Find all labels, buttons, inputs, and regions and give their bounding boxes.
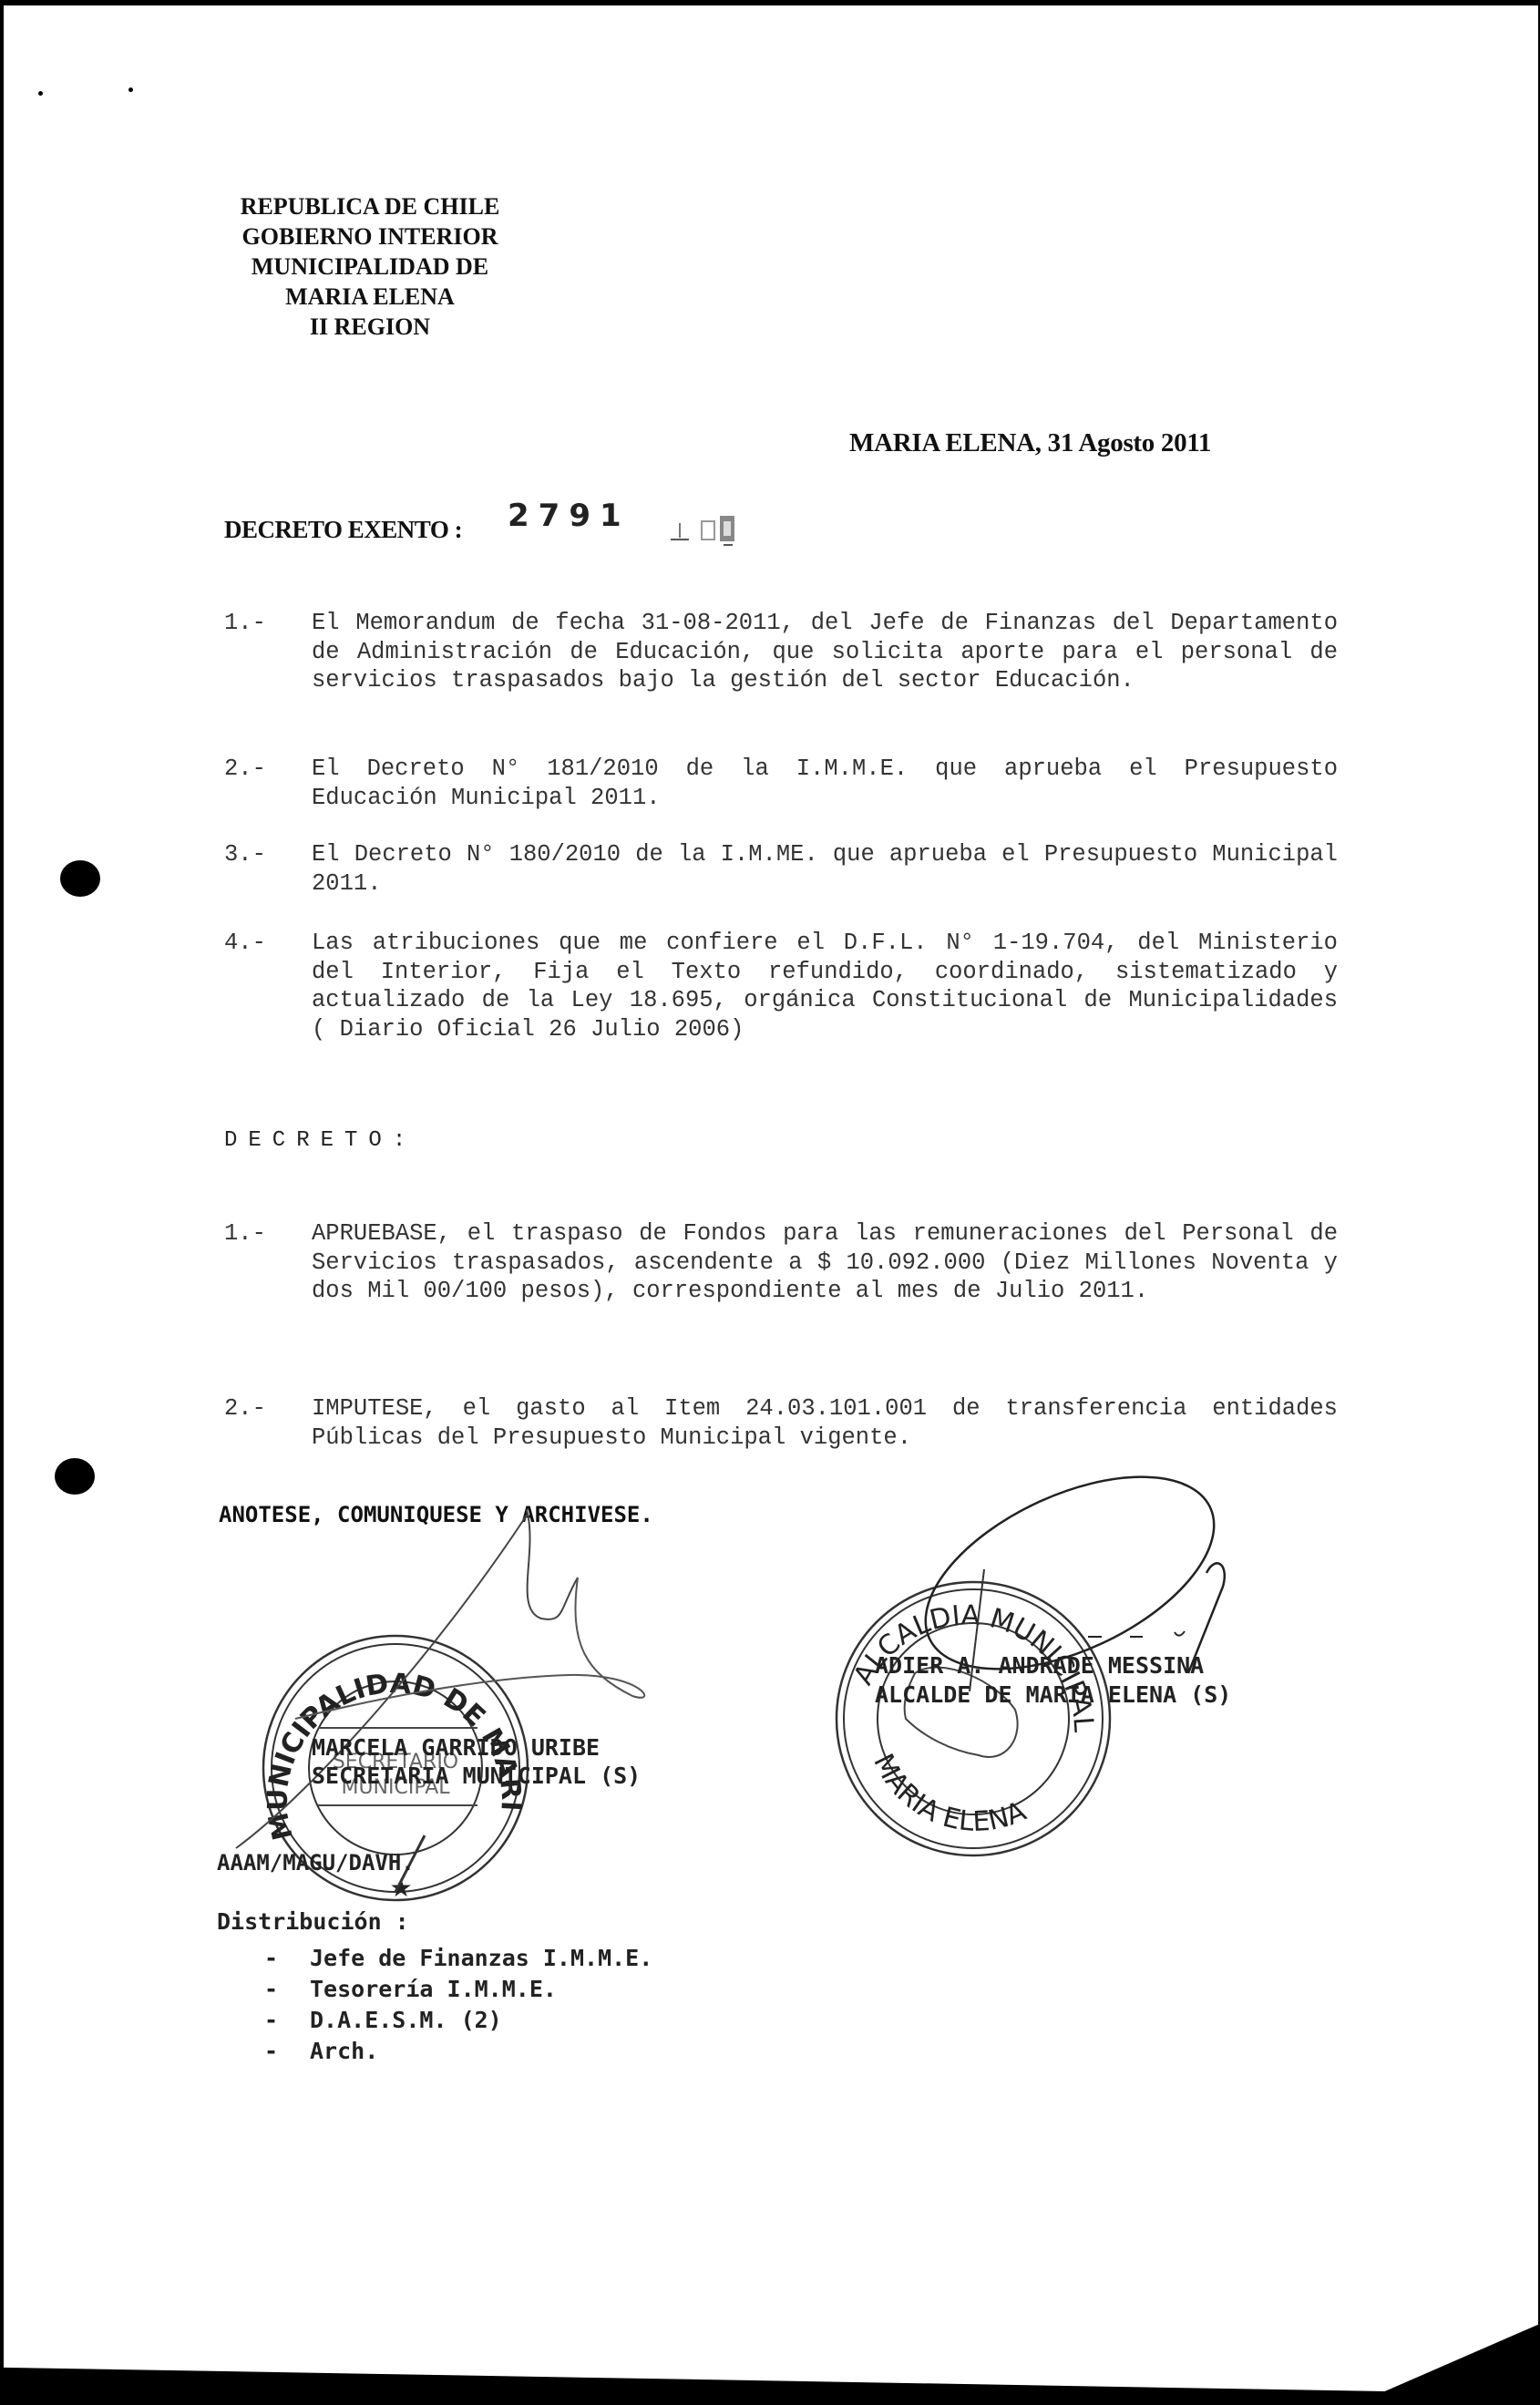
decree-number: 2791 xyxy=(508,498,631,534)
letterhead-line: REPUBLICA DE CHILE xyxy=(224,191,516,221)
date-stamp-mark xyxy=(669,512,756,549)
signatory-name: MARCELA GARRIDO URIBE xyxy=(312,1733,641,1762)
letterhead-line: II REGION xyxy=(224,312,516,342)
distribution-item: -Jefe de Finanzas I.M.M.E. xyxy=(264,1943,652,1974)
letterhead-line: GOBIERNO INTERIOR xyxy=(224,221,516,252)
closing-formula: ANOTESE, COMUNIQUESE Y ARCHIVESE. xyxy=(219,1502,653,1527)
signature-block-left: MARCELA GARRIDO URIBE SECRETARIA MUNICIP… xyxy=(312,1733,641,1790)
distribution-item: -D.A.E.S.M. (2) xyxy=(264,2005,652,2036)
signatory-title: SECRETARIA MUNICIPAL (S) xyxy=(312,1762,641,1790)
signatory-title: ALCALDE DE MARIA ELENA (S) xyxy=(875,1680,1231,1710)
reference-initials: AAAM/MAGU/DAVH. xyxy=(217,1850,415,1876)
distribution-item: -Tesorería I.M.M.E. xyxy=(264,1974,652,2005)
seal-ring-text: MARIA ELENA xyxy=(867,1749,1031,1838)
scan-speck xyxy=(128,87,133,92)
signature-block-right: ADIER A. ANDRADE MESSINA ALCALDE DE MARI… xyxy=(875,1651,1231,1710)
resolutivo-item: 1.- APRUEBASE, el traspaso de Fondos par… xyxy=(224,1219,1338,1306)
punch-hole xyxy=(55,1458,95,1495)
considerando-item: 1.- El Memorandum de fecha 31-08-2011, d… xyxy=(224,609,1338,695)
scan-speck xyxy=(38,91,43,96)
municipal-seal-left: SECRETARIO MUNICIPAL MUNICIPALIDAD DE MA… xyxy=(4,5,1540,2405)
distribution-item: -Arch. xyxy=(264,2036,652,2067)
decreto-heading: DECRETO: xyxy=(224,1128,416,1153)
letterhead-line: MUNICIPALIDAD DE xyxy=(224,252,516,282)
considerando-item: 4.- Las atribuciones que me confiere el … xyxy=(224,929,1338,1043)
place-date: MARIA ELENA, 31 Agosto 2011 xyxy=(849,428,1211,458)
considerando-item: 3.- El Decreto N° 180/2010 de la I.M.ME.… xyxy=(224,840,1338,898)
distribution-label: Distribución : xyxy=(217,1908,409,1935)
resolutivo-item: 2.- IMPUTESE, el gasto al Item 24.03.101… xyxy=(224,1394,1338,1452)
letterhead-line: MARIA ELENA xyxy=(224,282,516,312)
star-icon: ★ xyxy=(389,1875,412,1903)
document-page: REPUBLICA DE CHILE GOBIERNO INTERIOR MUN… xyxy=(4,5,1538,2391)
decree-label: DECRETO EXENTO : xyxy=(224,516,462,544)
letterhead: REPUBLICA DE CHILE GOBIERNO INTERIOR MUN… xyxy=(224,191,516,342)
signatory-name: ADIER A. ANDRADE MESSINA xyxy=(875,1651,1231,1680)
distribution-list: -Jefe de Finanzas I.M.M.E. -Tesorería I.… xyxy=(264,1943,652,2067)
punch-hole xyxy=(60,860,100,897)
svg-text:MARIA ELENA: MARIA ELENA xyxy=(867,1749,1031,1838)
considerando-item: 2.- El Decreto N° 181/2010 de la I.M.M.E… xyxy=(224,755,1338,812)
municipal-seal-right: ALCALDIA MUNICIPAL MARIA ELENA xyxy=(4,5,1540,2405)
